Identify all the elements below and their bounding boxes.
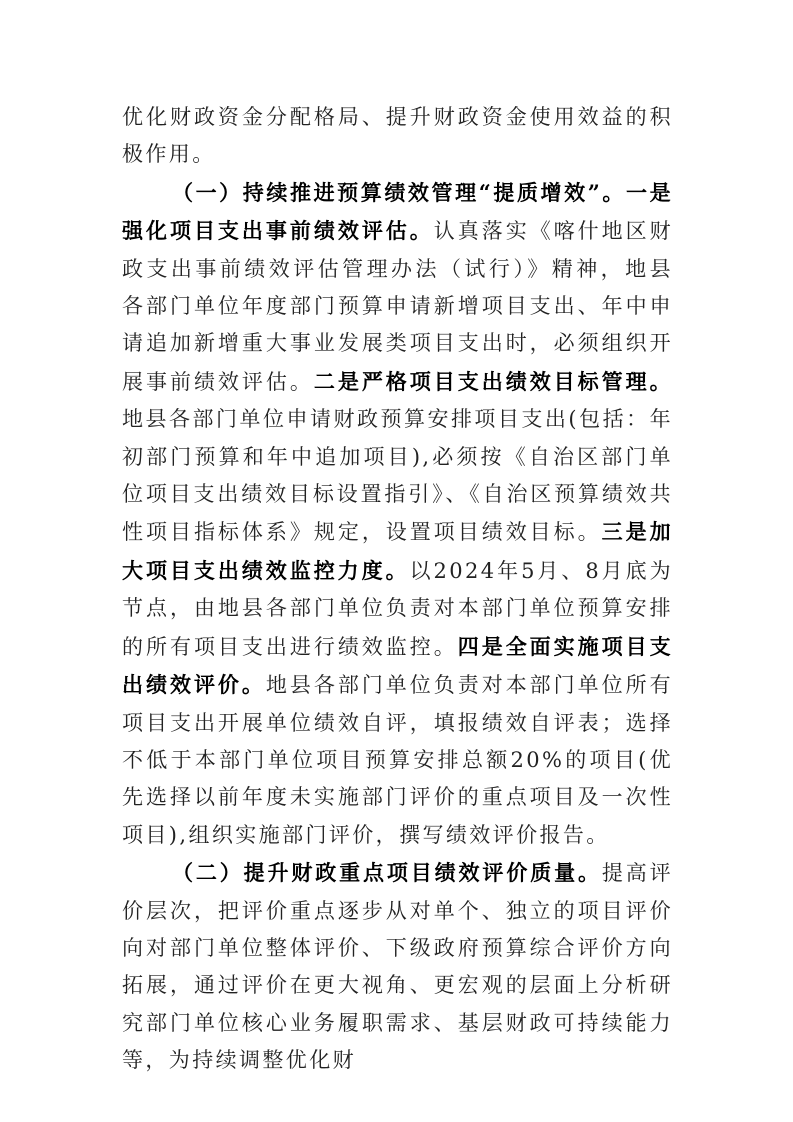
body-text: 优化财政资金分配格局、提升财政资金使用效益的积极作用。 xyxy=(122,105,673,166)
body-text: 提高评价层次，把评价重点逐步从对单个、独立的项目评价向对部门单位整体评价、下级政… xyxy=(122,861,673,1072)
body-text: 地县各部门单位申请财政预算安排项目支出(包括：年初部门预算和年中追加项目),必须… xyxy=(122,407,673,544)
section-heading-2: （二）提升财政重点项目绩效评价质量。 xyxy=(172,860,602,885)
paragraph-continuation: 优化财政资金分配格局、提升财政资金使用效益的积极作用。 xyxy=(122,99,673,174)
document-page: 优化财政资金分配格局、提升财政资金使用效益的积极作用。 （一）持续推进预算绩效管… xyxy=(122,99,673,1080)
subpoint-heading-2: 二是严格项目支出绩效目标管理。 xyxy=(314,369,673,394)
paragraph-section-2: （二）提升财政重点项目绩效评价质量。提高评价层次，把评价重点逐步从对单个、独立的… xyxy=(122,854,673,1079)
body-text: 认真落实《喀什地区财政支出事前绩效评估管理办法（试行）》精神，地县各部门单位年度… xyxy=(122,219,673,394)
body-text: 地县各部门单位负责对本部门单位所有项目支出开展单位绩效自评，填报绩效自评表；选择… xyxy=(122,673,673,847)
paragraph-section-1: （一）持续推进预算绩效管理“提质增效”。一是强化项目支出事前绩效评估。认真落实《… xyxy=(122,174,673,854)
